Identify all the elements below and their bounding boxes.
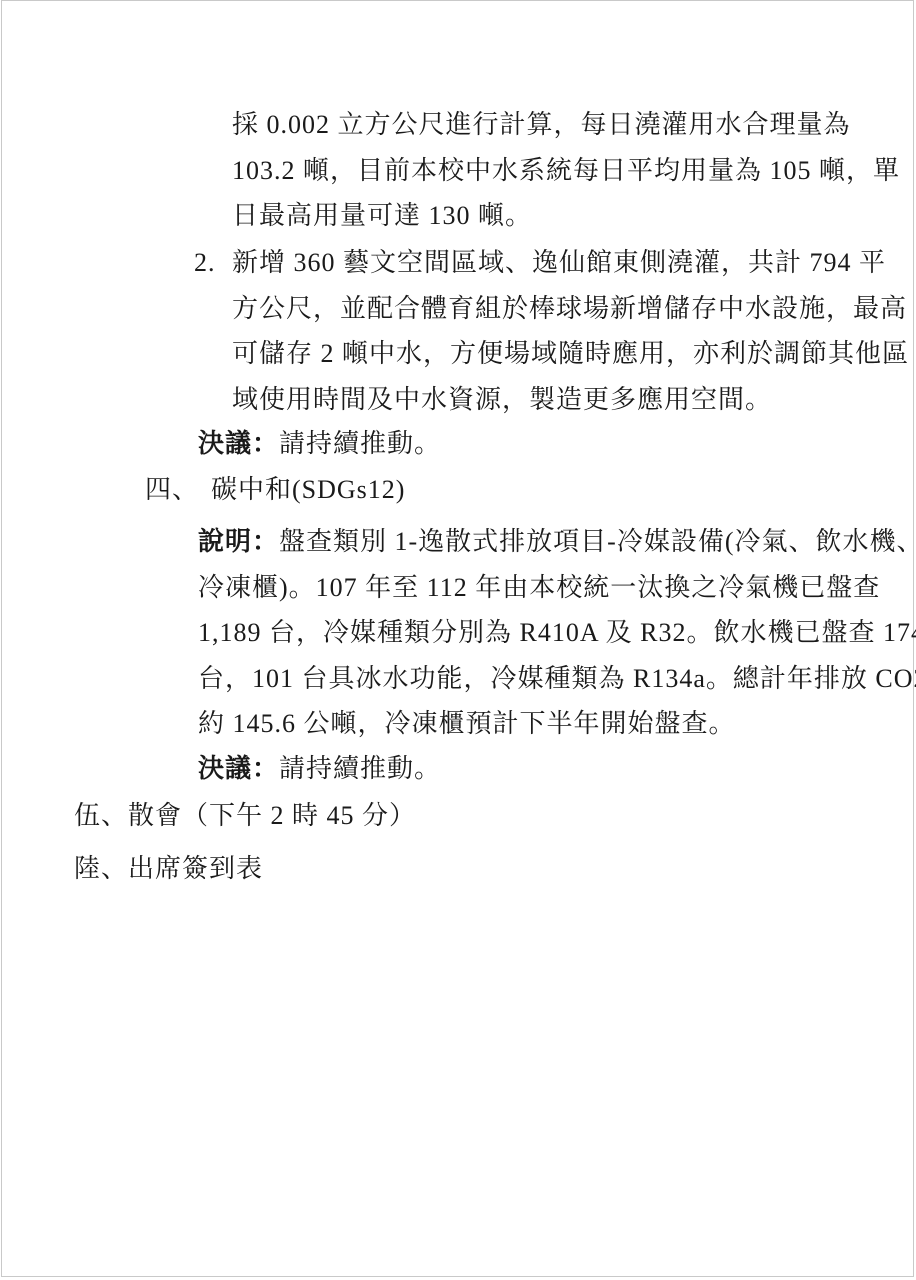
text-line: 冷凍櫃)。107 年至 112 年由本校統一汰換之冷氣機已盤查 bbox=[198, 565, 916, 611]
explanation-first-line: 盤查類別 1-逸散式排放項目-冷媒設備(冷氣、飲水機、 bbox=[279, 527, 916, 556]
text-line: 可儲存 2 噸中水，方便場域隨時應用，亦利於調節其他區 bbox=[232, 331, 909, 377]
text-line: 域使用時間及中水資源，製造更多應用空間。 bbox=[232, 377, 909, 423]
text-line: 103.2 噸，目前本校中水系統每日平均用量為 105 噸，單 bbox=[232, 148, 900, 194]
resolution-label: 決議： bbox=[198, 429, 279, 458]
explanation-label: 說明： bbox=[198, 527, 279, 556]
resolution-item2: 決議：請持續推動。 bbox=[198, 421, 441, 467]
text-line: 採 0.002 立方公尺進行計算，每日澆灌用水合理量為 bbox=[232, 102, 900, 148]
text-line: 台，101 台具冰水功能，冷媒種類為 R134a。總計年排放 CO2e bbox=[198, 656, 916, 702]
explanation-paragraph: 說明：盤查類別 1-逸散式排放項目-冷媒設備(冷氣、飲水機、 冷凍櫃)。107 … bbox=[198, 519, 916, 747]
text-line: 方公尺，並配合體育組於棒球場新增儲存中水設施，最高 bbox=[232, 286, 909, 332]
resolution-text: 請持續推動。 bbox=[279, 754, 441, 783]
resolution-section-four: 決議：請持續推動。 bbox=[198, 746, 441, 792]
text-line: 約 145.6 公噸，冷凍櫃預計下半年開始盤查。 bbox=[198, 701, 916, 747]
text-line: 新增 360 藝文空間區域、逸仙館東側澆灌，共計 794 平 bbox=[232, 240, 909, 286]
resolution-text: 請持續推動。 bbox=[279, 429, 441, 458]
section-five-title: 散會（下午 2 時 45 分） bbox=[128, 801, 416, 830]
list-item-2-number: 2. bbox=[194, 240, 216, 286]
section-four-title: 碳中和(SDGs12) bbox=[211, 475, 405, 504]
section-six-title: 出席簽到表 bbox=[128, 854, 263, 883]
section-four-number: 四、 bbox=[145, 475, 199, 504]
document-page: 採 0.002 立方公尺進行計算，每日澆灌用水合理量為 103.2 噸，目前本校… bbox=[1, 0, 914, 1277]
section-six-number: 陸、 bbox=[74, 854, 128, 883]
resolution-label: 決議： bbox=[198, 754, 279, 783]
text-line: 日最高用量可達 130 噸。 bbox=[232, 193, 900, 239]
section-five-number: 伍、 bbox=[74, 801, 128, 830]
item1-continuation-paragraph: 採 0.002 立方公尺進行計算，每日澆灌用水合理量為 103.2 噸，目前本校… bbox=[232, 102, 900, 239]
text-line: 1,189 台，冷媒種類分別為 R410A 及 R32。飲水機已盤查 174 bbox=[198, 610, 916, 656]
section-five-heading: 伍、散會（下午 2 時 45 分） bbox=[74, 793, 416, 839]
section-six-heading: 陸、出席簽到表 bbox=[74, 846, 263, 892]
list-item-2: 2. 新增 360 藝文空間區域、逸仙館東側澆灌，共計 794 平 方公尺，並配… bbox=[232, 240, 909, 422]
section-four-heading: 四、碳中和(SDGs12) bbox=[145, 467, 405, 513]
text-line: 說明：盤查類別 1-逸散式排放項目-冷媒設備(冷氣、飲水機、 bbox=[198, 519, 916, 565]
